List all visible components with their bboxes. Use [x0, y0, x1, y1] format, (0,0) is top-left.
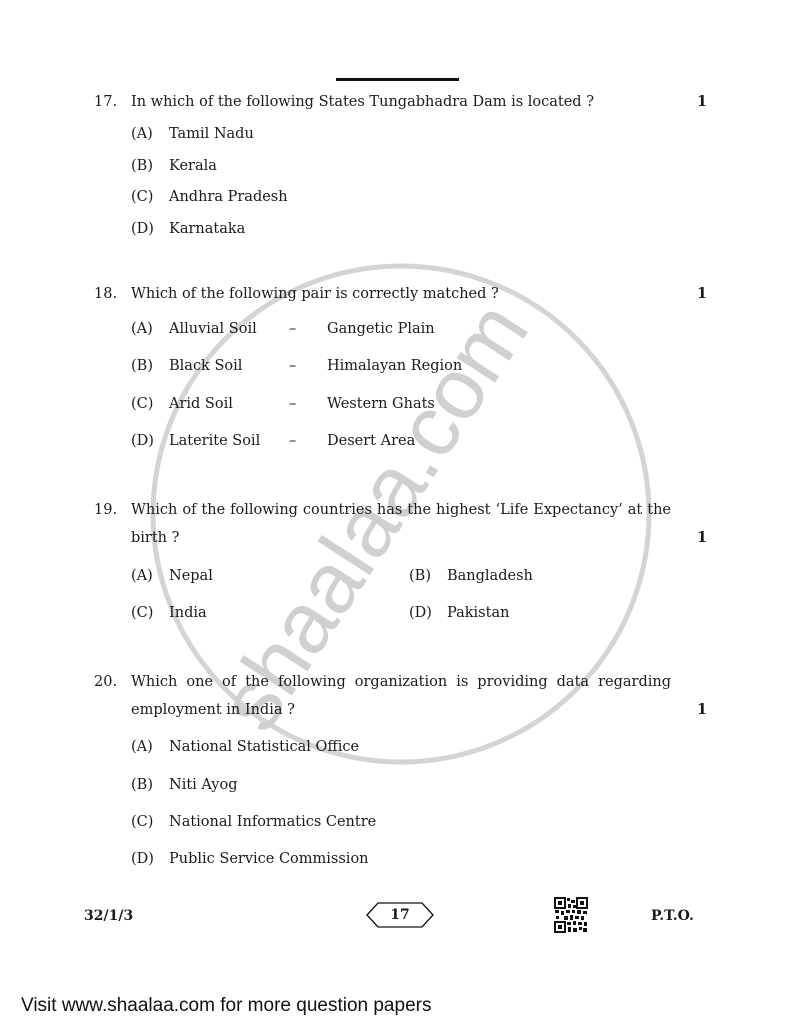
option-text: Niti Ayog: [169, 775, 238, 795]
option-text: Bangladesh: [447, 566, 533, 586]
option-label: (C): [131, 812, 153, 832]
exam-page: shaalaa.com 17. In which of the followin…: [0, 0, 800, 1035]
option-label: (B): [131, 156, 153, 176]
option-text: Andhra Pradesh: [169, 187, 288, 207]
option-label: (A): [131, 124, 153, 144]
pto-label: P.T.O.: [651, 904, 694, 928]
question-marks: 1: [697, 528, 707, 548]
option-text: India: [169, 603, 207, 623]
option-text: Tamil Nadu: [169, 124, 254, 144]
option-label: (C): [131, 603, 153, 623]
top-rule-divider: [336, 78, 459, 81]
question-text-line-1: Which one of the following organization …: [131, 672, 671, 692]
match-dash: –: [289, 394, 296, 414]
question-number: 20.: [94, 672, 117, 692]
question-text-line-2: employment in India ?: [131, 700, 671, 720]
option-text: Nepal: [169, 566, 213, 586]
question-number: 18.: [94, 284, 117, 304]
page-number: 17: [366, 903, 434, 927]
option-match: Desert Area: [327, 431, 415, 451]
option-match: Western Ghats: [327, 394, 435, 414]
question-marks: 1: [697, 284, 707, 304]
page-number-badge: 17: [366, 902, 434, 928]
option-text: Arid Soil: [169, 394, 233, 414]
option-label: (A): [131, 737, 153, 757]
option-text: Karnataka: [169, 219, 245, 239]
option-label: (C): [131, 394, 153, 414]
option-label: (B): [131, 356, 153, 376]
question-marks: 1: [697, 700, 707, 720]
option-text: Laterite Soil: [169, 431, 260, 451]
option-label: (A): [131, 319, 153, 339]
question-text: In which of the following States Tungabh…: [131, 92, 671, 112]
question-marks: 1: [697, 92, 707, 112]
option-label: (D): [131, 219, 154, 239]
question-text: Which of the following pair is correctly…: [131, 284, 671, 304]
option-text: Pakistan: [447, 603, 509, 623]
question-text-line-1: Which of the following countries has the…: [131, 500, 671, 520]
option-text: National Informatics Centre: [169, 812, 376, 832]
question-number: 17.: [94, 92, 117, 112]
visit-banner-text: Visit www.shaalaa.com for more question …: [21, 995, 431, 1017]
match-dash: –: [289, 319, 296, 339]
option-match: Himalayan Region: [327, 356, 462, 376]
option-text: National Statistical Office: [169, 737, 359, 757]
option-text: Kerala: [169, 156, 217, 176]
question-text-line-2: birth ?: [131, 528, 671, 548]
option-label: (D): [131, 431, 154, 451]
option-label: (D): [409, 603, 432, 623]
option-label: (C): [131, 187, 153, 207]
option-text: Public Service Commission: [169, 849, 369, 869]
question-number: 19.: [94, 500, 117, 520]
option-label: (D): [131, 849, 154, 869]
option-text: Black Soil: [169, 356, 242, 376]
match-dash: –: [289, 431, 296, 451]
match-dash: –: [289, 356, 296, 376]
option-label: (B): [409, 566, 431, 586]
qr-code-icon: [554, 897, 588, 933]
option-label: (B): [131, 775, 153, 795]
option-text: Alluvial Soil: [169, 319, 257, 339]
paper-code: 32/1/3: [84, 904, 133, 928]
option-match: Gangetic Plain: [327, 319, 435, 339]
option-label: (A): [131, 566, 153, 586]
